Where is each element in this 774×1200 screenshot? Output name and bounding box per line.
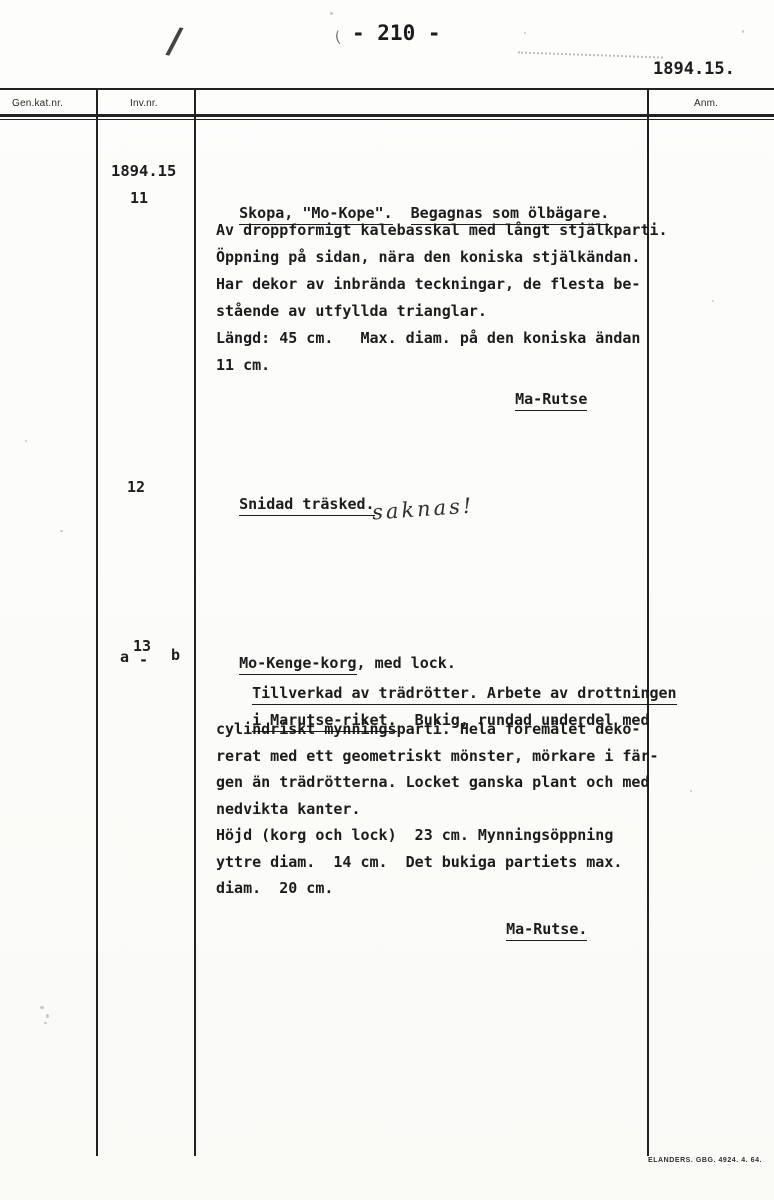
catalog-page: / ( - 210 - 1894.15. Gen.kat.nr. Inv.nr.… bbox=[0, 0, 774, 1200]
entry11-body-line: Har dekor av inbrända teckningar, de fle… bbox=[216, 276, 640, 293]
noise-speck bbox=[60, 530, 63, 532]
column-divider-3 bbox=[647, 88, 649, 1156]
noise-speck bbox=[690, 790, 692, 792]
column-header-genkatnr: Gen.kat.nr. bbox=[12, 98, 63, 109]
entry11-inv-number: 11 bbox=[130, 190, 148, 207]
entry12-handwritten-note: saknas! bbox=[371, 493, 475, 524]
entry13-body-line: gen än trädrötterna. Locket ganska plant… bbox=[216, 774, 649, 791]
noise-speck bbox=[44, 1022, 47, 1024]
table-top-rule bbox=[0, 88, 774, 90]
pen-slash-mark: / bbox=[164, 19, 184, 63]
table-header-rule-thin bbox=[0, 119, 774, 120]
entry11-body-line: Öppning på sidan, nära den koniska stjäl… bbox=[216, 249, 640, 266]
printer-imprint: ELANDERS. GBG. 4924. 4. 64. bbox=[648, 1157, 762, 1164]
noise-speck bbox=[712, 300, 714, 302]
noise-speck bbox=[40, 1006, 44, 1009]
entry11-body-line: stående av utfyllda trianglar. bbox=[216, 303, 487, 320]
noise-speck bbox=[742, 30, 744, 33]
catalog-year-ref: 1894.15. bbox=[653, 61, 735, 78]
entry13-body-line: cylindriskt mynningsparti. Hela föremåle… bbox=[216, 721, 640, 738]
entry13-body-line: Höjd (korg och lock) 23 cm. Mynningsöppn… bbox=[216, 827, 613, 844]
entry11-body-line: Längd: 45 cm. Max. diam. på den koniska … bbox=[216, 330, 640, 347]
entry13-body-line: yttre diam. 14 cm. Det bukiga partiets m… bbox=[216, 854, 622, 871]
entry13-body-line: diam. 20 cm. bbox=[216, 880, 333, 897]
column-divider-2 bbox=[194, 88, 196, 1156]
column-divider-1 bbox=[96, 88, 98, 1156]
noise-speck bbox=[330, 12, 333, 15]
noise-speck bbox=[25, 440, 27, 442]
entry11-body-line: 11 cm. bbox=[216, 357, 270, 374]
noise-speck bbox=[524, 32, 526, 34]
column-header-invnr: Inv.nr. bbox=[130, 98, 158, 109]
entry11-group-number: 1894.15 bbox=[111, 163, 176, 180]
marker-a: a bbox=[120, 648, 129, 666]
noise-speck bbox=[46, 1014, 49, 1018]
stray-paren-mark: ( bbox=[332, 27, 343, 46]
table-header-rule-thick bbox=[0, 114, 774, 117]
scan-smudge-line bbox=[518, 51, 663, 58]
marker-dash: - bbox=[139, 651, 148, 669]
entry13-inv-number-marker: a 13 - b bbox=[120, 637, 190, 669]
entry12-title: Snidad träsked. bbox=[203, 479, 375, 530]
column-header-anm: Anm. bbox=[694, 98, 718, 109]
entry13-body-line: nedvikta kanter. bbox=[216, 801, 361, 818]
entry11-signature: Ma-Rutse bbox=[479, 374, 587, 425]
entry13-signature: Ma-Rutse. bbox=[470, 904, 587, 955]
page-number: - 210 - bbox=[352, 25, 441, 42]
marker-b: b bbox=[171, 646, 180, 664]
entry11-body-line: Av droppformigt kalebasskal med långt st… bbox=[216, 222, 668, 239]
entry12-inv-number: 12 bbox=[127, 479, 145, 496]
entry13-body-line: rerat med ett geometriskt mönster, mörka… bbox=[216, 748, 659, 765]
